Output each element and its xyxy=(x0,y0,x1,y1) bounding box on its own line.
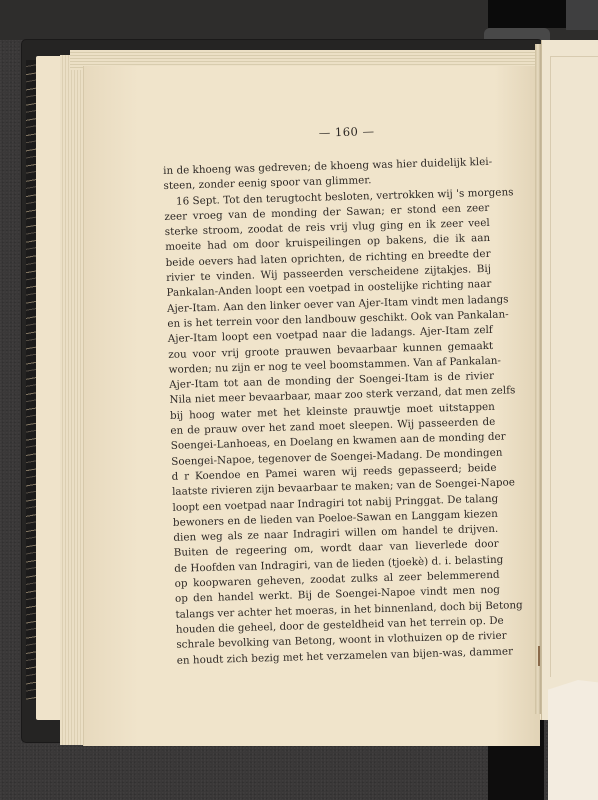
book-gutter xyxy=(535,44,541,714)
scan-background-black xyxy=(488,0,566,28)
facing-page-edge xyxy=(550,56,598,677)
facing-page-fold xyxy=(548,680,598,800)
spine-mark xyxy=(538,646,540,666)
scan-background-right xyxy=(566,0,598,30)
page-text: — 160 — in de khoeng was gedreven; de kh… xyxy=(162,121,502,669)
